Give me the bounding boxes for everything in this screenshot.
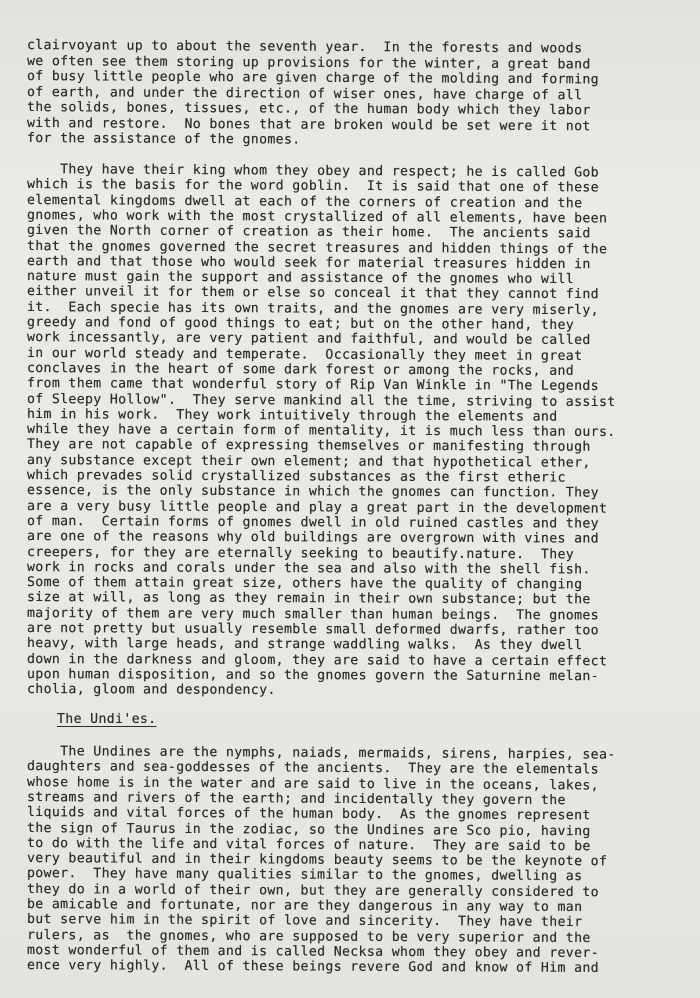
section-heading: The Undi'es. — [57, 712, 156, 727]
text-line: size at will, as long as they remain in … — [27, 590, 591, 607]
text-line: down in the darkness and gloom, they are… — [27, 652, 607, 669]
text-line: creepers, for they are eternally seeking… — [27, 545, 574, 562]
text-line: for the assistance of the gnomes. — [27, 131, 301, 148]
typewritten-page: clairvoyant up to about the seventh year… — [0, 0, 700, 998]
text-line: from them came that wonderful story of R… — [27, 376, 599, 394]
text-line: essence, is the only substance in which … — [27, 483, 599, 501]
text-line: ence very highly. All of these beings re… — [27, 958, 599, 976]
text-line: heavy, with large heads, and strange wad… — [27, 636, 582, 653]
text-line: are one of the reasons why old buildings… — [27, 529, 599, 547]
text-line: cholia, gloom and despondency. — [27, 682, 276, 698]
